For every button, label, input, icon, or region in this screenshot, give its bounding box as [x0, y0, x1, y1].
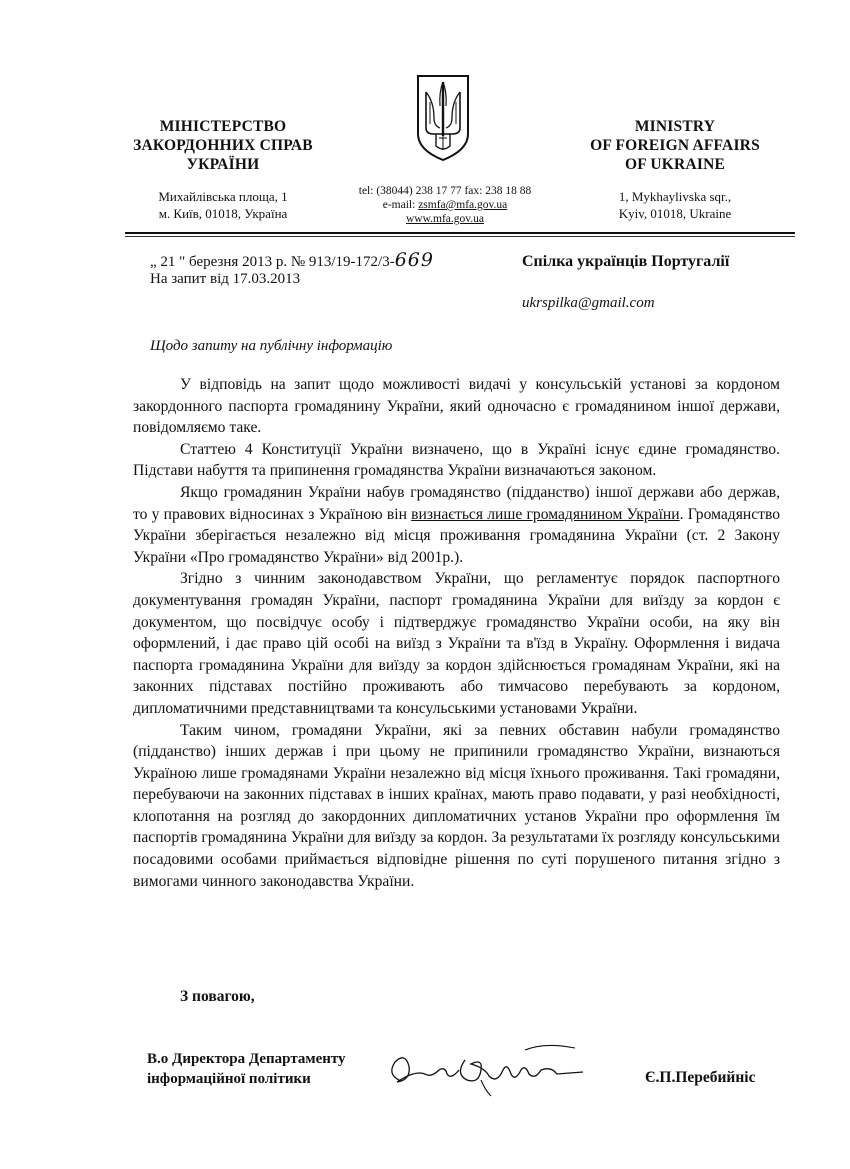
- letter-body: У відповідь на запит щодо можливості вид…: [133, 374, 780, 892]
- ministry-name-en: MINISTRY OF FOREIGN AFFAIRS OF UKRAINE: [570, 117, 780, 174]
- date-and-number: „ 21 " березня 2013 р. № 913/19-172/3-: [150, 254, 395, 270]
- outgoing-number-line: „ 21 " березня 2013 р. № 913/19-172/3-66…: [150, 252, 510, 271]
- signatory-title-line-1: В.о Директора Департаменту: [147, 1049, 346, 1069]
- letterhead-divider-thin: [125, 236, 795, 237]
- ministry-name-en-line-2: OF FOREIGN AFFAIRS: [570, 136, 780, 155]
- address-ua-line-1: Михайлівська площа, 1: [118, 188, 328, 205]
- reference-block: „ 21 " березня 2013 р. № 913/19-172/3-66…: [150, 252, 510, 288]
- ministry-name-en-line-3: OF UKRAINE: [570, 155, 780, 174]
- body-paragraph-2: Статтею 4 Конституції України визначено,…: [133, 439, 780, 482]
- letterhead: МІНІСТЕРСТВО ЗАКОРДОННИХ СПРАВ УКРАЇНИ М…: [0, 0, 850, 240]
- body-paragraph-3: Якщо громадянин України набув громадянст…: [133, 482, 780, 568]
- body-paragraph-4: Згідно з чинним законодавством України, …: [133, 568, 780, 719]
- ministry-contacts: tel: (38044) 238 17 77 fax: 238 18 88 e-…: [320, 184, 570, 226]
- ministry-address-ua: Михайлівська площа, 1 м. Київ, 01018, Ук…: [118, 188, 328, 222]
- request-reference: На запит від 17.03.2013: [150, 271, 510, 288]
- signatory-title-line-2: інформаційної політики: [147, 1069, 346, 1089]
- addressee-email[interactable]: ukrspilka@gmail.com: [522, 295, 655, 312]
- address-en-line-1: 1, Mykhaylivska sqr.,: [570, 188, 780, 205]
- ministry-name-ua-line-2: ЗАКОРДОННИХ СПРАВ: [118, 136, 328, 155]
- handwritten-number: 669: [395, 249, 434, 271]
- ministry-website-link[interactable]: www.mfa.gov.ua: [320, 212, 570, 226]
- body-paragraph-1: У відповідь на запит щодо можливості вид…: [133, 374, 780, 439]
- ministry-email-link[interactable]: zsmfa@mfa.gov.ua: [418, 199, 507, 211]
- email-prefix: e-mail:: [383, 199, 418, 211]
- p3-underlined-text: визнається лише громадянином України: [411, 506, 679, 523]
- closing-phrase: З повагою,: [180, 988, 255, 1006]
- address-en-line-2: Kyiv, 01018, Ukraine: [570, 205, 780, 222]
- ministry-name-en-line-1: MINISTRY: [570, 117, 780, 136]
- subject-line: Щодо запиту на публічну інформацію: [150, 338, 392, 355]
- ministry-address-en: 1, Mykhaylivska sqr., Kyiv, 01018, Ukrai…: [570, 188, 780, 222]
- body-paragraph-5: Таким чином, громадяни України, які за п…: [133, 720, 780, 893]
- trident-emblem-icon: [412, 72, 474, 164]
- ministry-name-ua-line-1: МІНІСТЕРСТВО: [118, 117, 328, 136]
- handwritten-signature-icon: [385, 1040, 600, 1098]
- addressee-name: Спілка українців Португалії: [522, 253, 729, 271]
- ministry-name-ua: МІНІСТЕРСТВО ЗАКОРДОННИХ СПРАВ УКРАЇНИ: [118, 117, 328, 174]
- address-ua-line-2: м. Київ, 01018, Україна: [118, 205, 328, 222]
- signatory-title: В.о Директора Департаменту інформаційної…: [147, 1049, 346, 1089]
- letterhead-divider-thick: [125, 232, 795, 234]
- email-line: e-mail: zsmfa@mfa.gov.ua: [320, 198, 570, 212]
- tel-fax: tel: (38044) 238 17 77 fax: 238 18 88: [320, 184, 570, 198]
- signatory-name: Є.П.Перебийніс: [645, 1069, 755, 1087]
- ministry-name-ua-line-3: УКРАЇНИ: [118, 155, 328, 174]
